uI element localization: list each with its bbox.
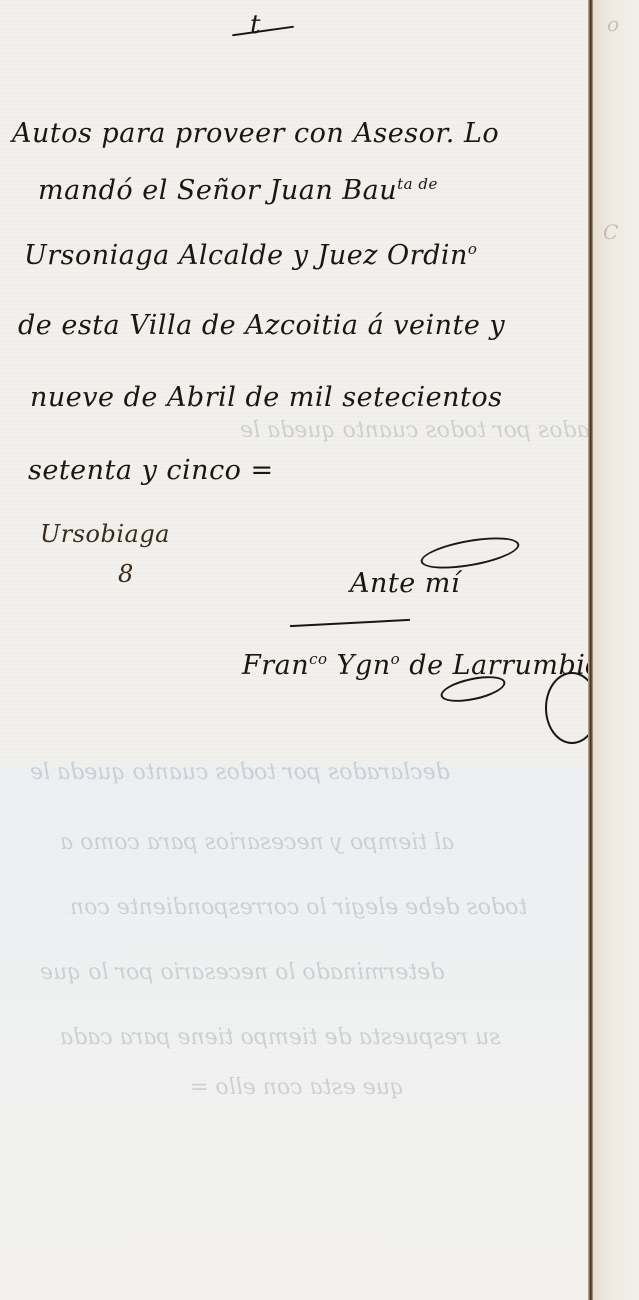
bleed-through-line: su respuesta de tiempo tiene para cada — [60, 1025, 501, 1050]
signature-flourish — [419, 532, 522, 575]
text-line-3-main: Ursoniaga Alcalde y Juez Ordin — [24, 240, 468, 271]
superscript-abbrev: o — [468, 240, 478, 258]
text-line-2: mandó el Señor Juan Bauta de — [38, 175, 438, 206]
superscript-abbrev: ta de — [397, 175, 438, 193]
bleed-through-line: que esta con ello = — [190, 1075, 404, 1100]
text-line-3: Ursoniaga Alcalde y Juez Ordino — [24, 240, 477, 271]
signature-first-name: Fran — [242, 650, 309, 681]
signature-superscript: co — [309, 650, 327, 668]
text-line-2-main: mandó el Señor Juan Bau — [38, 175, 397, 206]
bleed-through-line: al tiempo y necesarios para como a — [60, 830, 454, 855]
adjacent-page-edge: C o — [593, 0, 639, 1300]
folio-underline — [232, 26, 294, 37]
margin-note-number: 8 — [118, 560, 134, 588]
text-line-4: de esta Villa de Azcoitia á veinte y — [18, 310, 505, 341]
signature-second-name: Ygn — [337, 650, 391, 681]
signature-underline — [290, 619, 410, 627]
bleed-through-line: todos debe elegir lo correspondiente con — [70, 895, 527, 920]
manuscript-page: declarados por todos cuanto queda le dec… — [0, 0, 590, 1300]
bleed-through-line: declarados por todos cuanto queda le — [240, 418, 639, 443]
signature-superscript: o — [391, 650, 401, 668]
text-line-5: nueve de Abril de mil setecientos — [30, 382, 503, 413]
margin-note-name: Ursobiaga — [40, 520, 170, 548]
folio-mark: t — [250, 10, 261, 40]
bleed-through-line: determinado lo necesario por lo que — [40, 960, 444, 985]
bleed-through-line: declarados por todos cuanto queda le — [30, 760, 450, 785]
signature-attestation: Ante mí — [350, 568, 460, 599]
text-line-1: Autos para proveer con Asesor. Lo — [12, 118, 499, 149]
text-line-6: setenta y cinco = — [28, 455, 274, 486]
adjacent-page-glyph: o — [607, 12, 619, 36]
adjacent-page-glyph: C — [603, 220, 618, 244]
